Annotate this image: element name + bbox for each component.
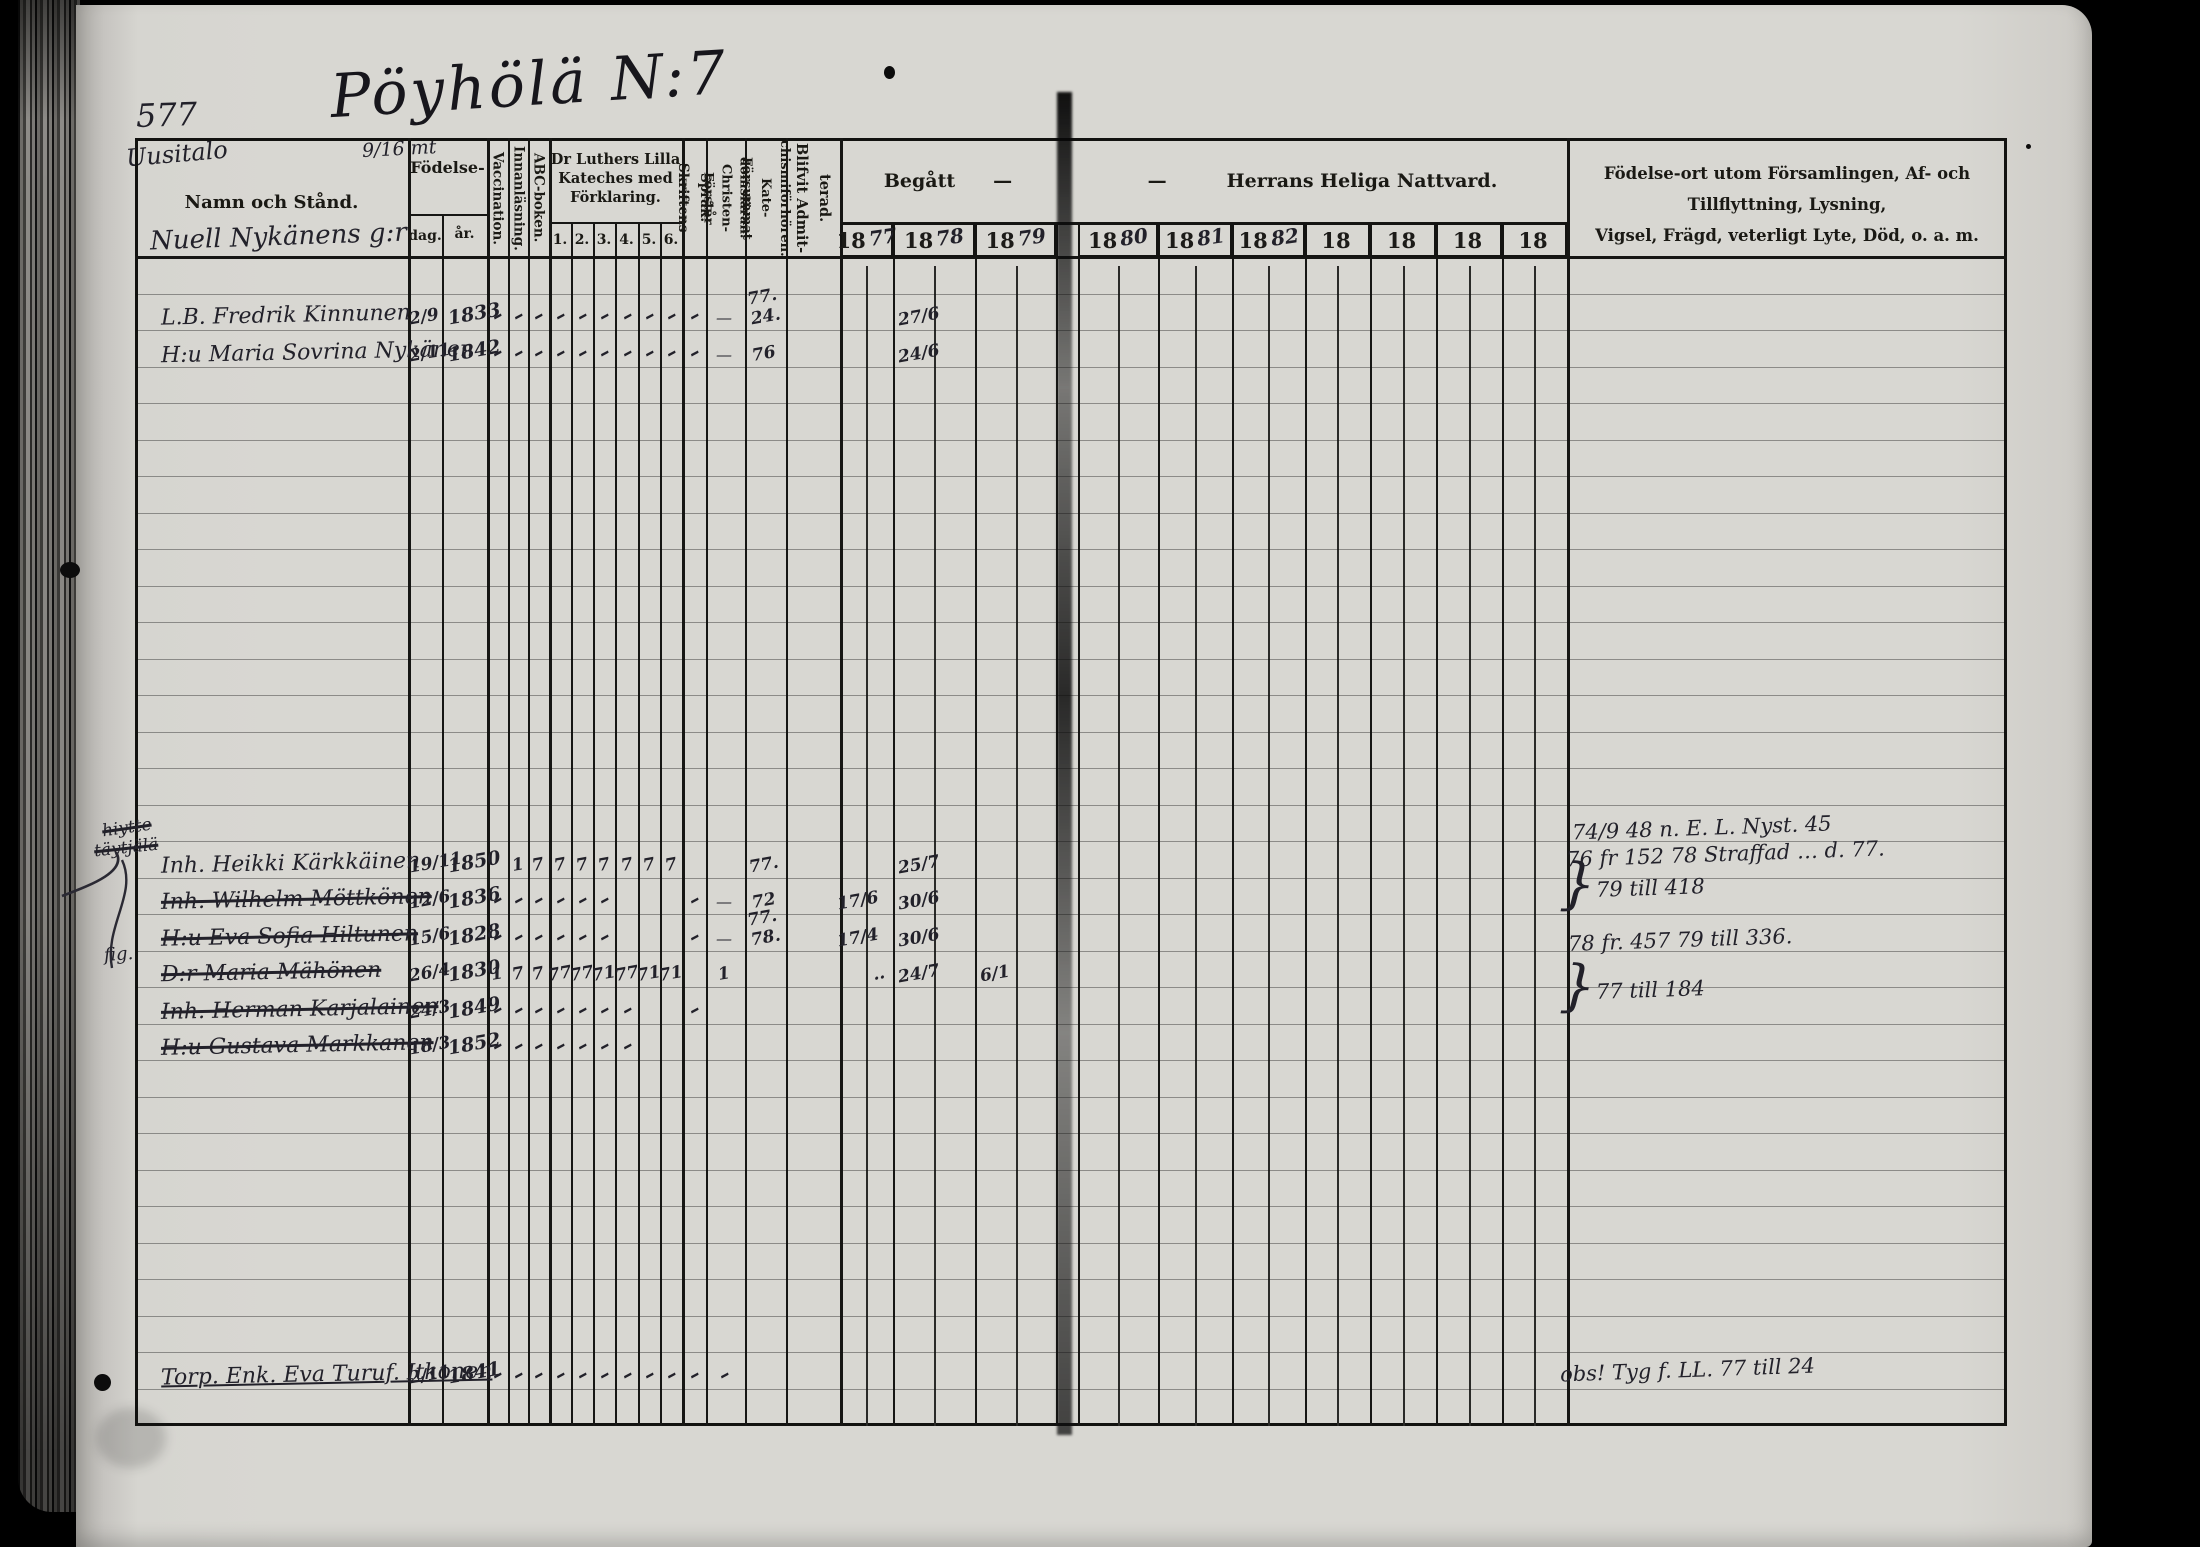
note-entry: 77 till 184: [1596, 976, 1706, 1004]
record-mark: 7: [619, 854, 634, 876]
record-mark-cell: 30/6: [898, 891, 928, 911]
admitted-line1: Blifvit Admit-: [790, 143, 813, 253]
year-written-suffix: 79: [1016, 223, 1047, 251]
person-name: D:r Maria Mähönen: [161, 958, 382, 988]
column-header-birth-year: år.: [442, 226, 487, 242]
column-header-birth-day: dag.: [408, 228, 442, 244]
year-box: 1879: [975, 223, 1056, 257]
year-box: 1882: [1232, 223, 1305, 257]
year-printed: 18: [1518, 228, 1547, 253]
record-mark-cell: –: [679, 1362, 709, 1386]
record-mark-cell: 27/6: [898, 307, 928, 327]
record-mark-cell: 7: [656, 855, 686, 875]
record-mark-cell: –: [709, 1362, 739, 1386]
record-mark: 30/6: [897, 924, 942, 951]
notes-header-line1: Födelse-ort utom Församlingen, Af- och T…: [1567, 158, 2007, 220]
birth-day-value: 26/4: [407, 962, 440, 987]
ink-blob-bottom: [94, 1374, 111, 1391]
year-printed: 18: [1453, 228, 1482, 253]
missed-line1: Försummat Kate-: [737, 140, 775, 257]
birth-year-value: 1836: [446, 887, 479, 914]
year-written-suffix: 78: [935, 223, 966, 251]
smudge-mark: [96, 1408, 166, 1468]
note-brace: }: [1558, 953, 1597, 1020]
birth-year-value: 1828: [446, 923, 479, 950]
person-name: Inh. Herman Karjalainen: [161, 994, 439, 1025]
column-header-notes: Födelse-ort utom Församlingen, Af- och T…: [1567, 158, 2007, 251]
year-box: 1877: [840, 223, 893, 257]
record-mark: –: [594, 923, 614, 949]
year-written-suffix: 80: [1119, 223, 1150, 251]
column-header-name: Namn och Stånd.: [135, 192, 408, 213]
record-mark: 30/6: [897, 888, 942, 915]
birth-day-value: 24/3: [407, 998, 440, 1023]
note-entry: 79 till 418: [1596, 874, 1706, 902]
birth-cell-divider: [408, 214, 487, 216]
record-mark-cell: 77. 24.: [749, 287, 779, 327]
person-name: Inh. Heikki Kärkkäinen: [161, 848, 421, 878]
birth-day-value: 18/3: [407, 1035, 440, 1060]
record-mark-cell: 17/4: [837, 928, 867, 948]
book-spine-edge: [18, 0, 80, 1512]
record-mark: 7: [530, 854, 545, 876]
birth-day-value: 2/9: [407, 305, 440, 330]
record-mark-cell: 71: [656, 964, 686, 984]
year-printed: 18: [1088, 228, 1117, 253]
record-mark-cell: —: [709, 308, 739, 327]
year-printed: 18: [1238, 228, 1267, 253]
record-mark-cell: 76: [749, 344, 779, 364]
record-mark: –: [684, 302, 704, 328]
record-mark: –: [684, 886, 704, 912]
year-box: 18: [1436, 223, 1502, 257]
record-mark: 7: [530, 963, 545, 985]
record-mark: –: [594, 886, 614, 912]
record-mark: 25/7: [897, 851, 942, 878]
record-mark: 71: [658, 962, 685, 986]
catechism-col-1: 1.: [549, 232, 571, 248]
record-mark-cell: –: [612, 1033, 642, 1057]
birth-day-value: 12/6: [407, 889, 440, 914]
year-printed: 18: [1321, 228, 1350, 253]
year-written-suffix: 81: [1196, 223, 1227, 251]
birth-year-value: 1849: [446, 996, 479, 1023]
year-written-suffix: 82: [1269, 223, 1300, 251]
page-crease-line: [1057, 92, 1072, 1435]
year-printed: 18: [904, 228, 933, 253]
column-header-catechism: Dr Luthers Lilla Kateches med Förklaring…: [549, 150, 682, 207]
year-box: 1878: [893, 223, 975, 257]
record-mark-cell: —: [709, 345, 739, 364]
record-mark: 76: [751, 342, 778, 366]
record-mark-cell: 24/6: [898, 344, 928, 364]
record-mark: 77.: [748, 852, 781, 877]
birth-day-value: 15/6: [407, 925, 440, 950]
person-name: L.B. Fredrik Kinnunen: [161, 300, 411, 330]
birth-year-value: 1842: [446, 339, 479, 366]
year-printed: 18: [985, 228, 1014, 253]
birth-year-value: 1850: [446, 850, 479, 877]
nattvard-dash: —: [1148, 170, 1167, 192]
catechism-col-3: 3.: [593, 232, 615, 248]
record-mark: 1: [716, 963, 731, 985]
record-mark-cell: –: [679, 887, 709, 911]
record-mark: 6/1: [979, 962, 1012, 987]
record-mark-cell: 1: [709, 964, 739, 984]
catechism-col-4: 4.: [615, 232, 638, 248]
year-printed: 18: [1387, 228, 1416, 253]
communion-header-right: — Herrans Heliga Nattvard.: [1078, 142, 1567, 220]
column-header-vaccination: Vaccination.: [487, 142, 508, 254]
record-mark-cell: ..: [864, 964, 894, 984]
page-number: 577: [135, 95, 197, 135]
record-mark-cell: —: [709, 929, 739, 948]
record-mark: 7: [663, 854, 678, 876]
record-mark: —: [716, 892, 732, 911]
birth-day-value: 19/11: [407, 852, 440, 877]
record-mark-cell: 6/1: [980, 964, 1010, 984]
record-mark: 24/7: [897, 961, 942, 988]
birth-year-value: 1833: [446, 303, 479, 330]
record-mark: 7: [574, 854, 589, 876]
column-header-admitted: Blifvit Admit- terad.: [786, 142, 840, 254]
record-mark: –: [617, 996, 637, 1022]
record-mark: 27/6: [897, 304, 942, 331]
dust-speck: [2026, 144, 2031, 149]
column-header-birth: Födelse-: [408, 158, 487, 177]
record-mark-cell: 30/6: [898, 928, 928, 948]
record-mark-cell: –: [679, 924, 709, 948]
record-mark-cell: –: [679, 997, 709, 1021]
catechism-col-2: 2.: [571, 232, 593, 248]
record-mark-cell: –: [589, 924, 619, 948]
record-mark: –: [684, 339, 704, 365]
year-box: 18: [1502, 223, 1567, 257]
understands-line1: Förstår Christen-: [699, 142, 735, 254]
record-mark: –: [684, 996, 704, 1022]
record-mark: –: [617, 1032, 637, 1058]
begatt-dash: —: [993, 170, 1012, 192]
admitted-line2: terad.: [813, 143, 836, 253]
ink-speck: [884, 66, 895, 79]
column-header-abc-book: ABC-boken.: [528, 142, 549, 254]
year-box: 18: [1305, 223, 1370, 257]
person-name: H:u Eva Sofia Hiltunen: [161, 921, 419, 951]
record-mark-cell: –: [589, 887, 619, 911]
begatt-label: Begått: [884, 170, 955, 192]
record-mark: 77. 24.: [746, 285, 782, 330]
year-printed: 18: [1165, 228, 1194, 253]
record-mark-cell: 17/6: [837, 891, 867, 911]
note-brace: }: [1558, 851, 1597, 918]
record-mark: —: [716, 929, 732, 948]
year-box: 1880: [1078, 223, 1158, 257]
record-mark-cell: 24/7: [898, 964, 928, 984]
year-box: 1881: [1158, 223, 1232, 257]
column-header-missed-catechism-meetings: Försummat Kate- chismiförhören.: [745, 142, 786, 254]
birth-year-value: 1830: [446, 960, 479, 987]
ink-blob: [60, 562, 80, 578]
record-mark: 7: [552, 854, 567, 876]
record-mark-cell: 25/7: [898, 855, 928, 875]
record-mark: 7: [641, 854, 656, 876]
record-mark-cell: –: [679, 340, 709, 364]
birth-year-value: 1852: [446, 1033, 479, 1060]
record-mark: 77. 78.: [746, 905, 782, 950]
record-mark: ..: [871, 963, 886, 985]
table-vertical-line: [442, 215, 444, 1426]
record-mark: 7: [596, 854, 611, 876]
record-mark-cell: 77.: [749, 855, 779, 875]
person-name: H:u Gustava Markkanen: [161, 1030, 434, 1061]
record-mark: –: [684, 923, 704, 949]
catechism-cell-divider: [549, 222, 682, 224]
communion-header-left: Begått —: [840, 142, 1056, 220]
record-mark: –: [714, 1361, 734, 1387]
record-mark: –: [684, 1361, 704, 1387]
record-mark: —: [716, 345, 732, 364]
year-box: 18: [1370, 223, 1436, 257]
record-mark-cell: –: [612, 997, 642, 1021]
record-mark-cell: —: [709, 892, 739, 911]
person-name: Inh. Wilhelm Möttkönen: [161, 884, 432, 915]
year-printed: 18: [836, 228, 865, 253]
catechism-line1: Dr Luthers Lilla: [549, 150, 682, 169]
record-mark: —: [716, 308, 732, 327]
catechism-col-5: 5.: [638, 232, 660, 248]
column-header-reading: Innanläsning.: [508, 142, 528, 254]
record-mark: 17/6: [836, 888, 881, 915]
record-mark: 17/4: [836, 924, 881, 951]
birth-year-value: 1841: [446, 1361, 479, 1388]
record-mark-cell: 77. 78.: [749, 908, 779, 948]
record-mark: 24/6: [897, 340, 942, 367]
record-mark-cell: –: [679, 303, 709, 327]
nattvard-label: Herrans Heliga Nattvard.: [1227, 170, 1498, 192]
notes-header-line2: Vigsel, Frägd, veterligt Lyte, Död, o. a…: [1567, 220, 2007, 251]
catechism-line3: Förklaring.: [549, 188, 682, 207]
catechism-line2: Kateches med: [549, 169, 682, 188]
